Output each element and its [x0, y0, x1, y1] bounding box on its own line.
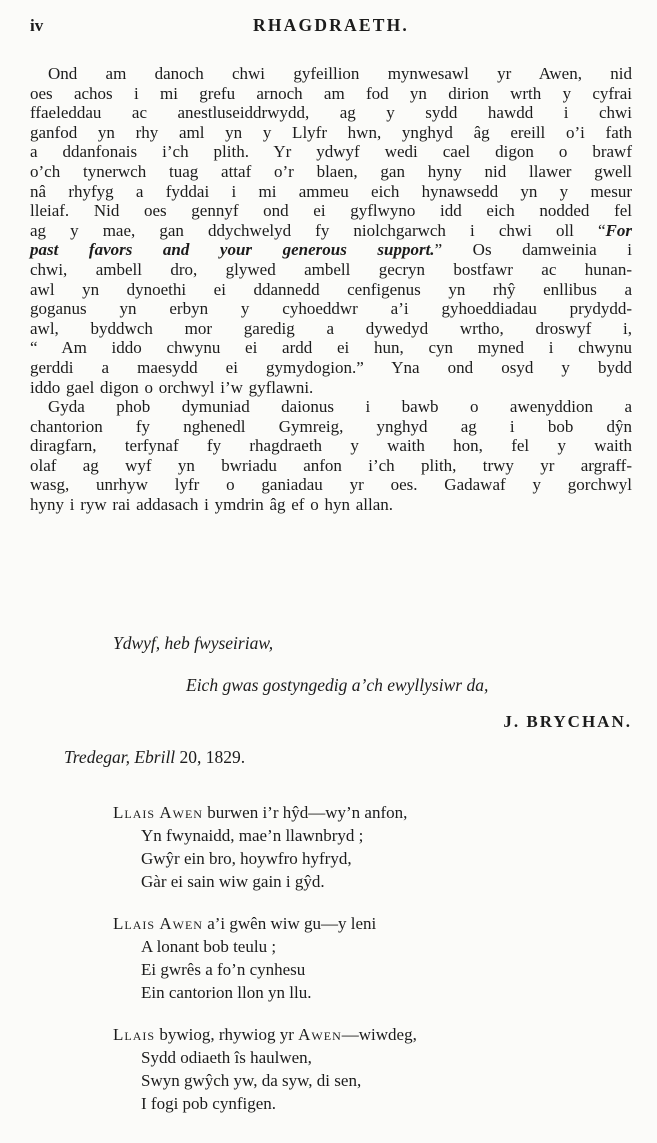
stanza-1: Llais Awen burwen i’r hŷd—wy’n anfon,Yn …: [113, 801, 632, 893]
text-segment: Ydwyf, heb fwyseiriaw,: [113, 633, 273, 653]
text-segment: oes achos i mi grefu arnoch am fod yn di…: [30, 84, 632, 103]
text-line: nâ rhyfyg a fyddai i mi ammeu eich hynaw…: [30, 182, 632, 202]
text-line: lleiaf. Nid oes gennyf ond ei gyflwyno i…: [30, 201, 632, 221]
text-line: Llais Awen burwen i’r hŷd—wy’n anfon,: [113, 801, 632, 824]
text-segment: goganus yn erbyn y cyhoeddwr a’i gyhoedd…: [30, 299, 632, 318]
text-line: diragfarn, terfynaf fy rhagdraeth y wait…: [30, 436, 632, 456]
text-line: gerddi a maesydd ei gymydogion.” Yna ond…: [30, 358, 632, 378]
text-segment: ganfod yn rhy aml yn y Llyfr hwn, ynghyd…: [30, 123, 632, 142]
text-line: iddo gael digon o orchwyl i’w gyflawni.: [30, 378, 632, 398]
book-page: iv RHAGDRAETH. Ond am danoch chwi gyfeil…: [0, 0, 657, 1143]
text-segment: Gàr ei sain wiw gain i gŷd.: [141, 872, 325, 891]
text-line: awl yn dynoethi ei ddannedd cenfigenus y…: [30, 280, 632, 300]
text-line: Gàr ei sain wiw gain i gŷd.: [141, 870, 632, 893]
text-line: ffaeleddau ac anestluseiddrwydd, ag y sy…: [30, 103, 632, 123]
text-segment: Ei gwrês a fo’n cynhesu: [141, 960, 305, 979]
preface-paragraph-1: Ond am danoch chwi gyfeillion mynwesawl …: [30, 64, 632, 397]
text-line: Gwŷr ein bro, hoywfro hyfryd,: [141, 847, 632, 870]
text-segment: iddo gael digon o orchwyl i’w gyflawni.: [30, 378, 313, 397]
text-line: Ydwyf, heb fwyseiriaw,: [113, 633, 632, 653]
preface-paragraph-2: Gyda phob dymuniad daionus i bawb o awen…: [30, 397, 632, 515]
text-line: hyny i ryw rai addasach i ymdrin âg ef o…: [30, 495, 632, 515]
text-segment: Ein cantorion llon yn llu.: [141, 983, 311, 1002]
text-line: Ein cantorion llon yn llu.: [141, 981, 632, 1004]
text-segment: burwen i’r hŷd—wy’n anfon,: [203, 803, 407, 822]
text-segment: past favors and your generous support.: [30, 240, 435, 259]
text-line: Ond am danoch chwi gyfeillion mynwesawl …: [30, 64, 632, 84]
text-line: ganfod yn rhy aml yn y Llyfr hwn, ynghyd…: [30, 123, 632, 143]
text-line: Ei gwrês a fo’n cynhesu: [141, 958, 632, 981]
signature-block: Ydwyf, heb fwyseiriaw,Eich gwas gostynge…: [30, 633, 632, 767]
text-line: Sydd odiaeth îs haulwen,: [141, 1046, 632, 1069]
text-line: Llais Awen a’i gwên wiw gu—y leni: [113, 912, 632, 935]
text-line: a ddanfonais i’ch plith. Yr ydwyf wedi c…: [30, 142, 632, 162]
text-segment: diragfarn, terfynaf fy rhagdraeth y wait…: [30, 436, 632, 455]
text-line: ag y mae, gan ddychwelyd fy niolchgarwch…: [30, 221, 632, 241]
text-segment: a ddanfonais i’ch plith. Yr ydwyf wedi c…: [30, 142, 632, 161]
text-segment: ” Os damweinia i: [435, 240, 632, 259]
text-line: “ Am iddo chwynu ei ardd ei hun, cyn myn…: [30, 338, 632, 358]
text-segment: For: [606, 221, 632, 240]
text-segment: lleiaf. Nid oes gennyf ond ei gyflwyno i…: [30, 201, 632, 220]
text-segment: chantorion fy nghenedl Gymreig, ynghyd a…: [30, 417, 632, 436]
text-segment: awl, byddwch mor garedig a dywedyd wrtho…: [30, 319, 632, 338]
text-line: A lonant bob teulu ;: [141, 935, 632, 958]
englyn-verses: Llais Awen burwen i’r hŷd—wy’n anfon,Yn …: [30, 801, 632, 1115]
page-title: RHAGDRAETH.: [253, 14, 409, 36]
text-line: goganus yn erbyn y cyhoeddwr a’i gyhoedd…: [30, 299, 632, 319]
text-segment: —wiwdeg,: [342, 1025, 417, 1044]
text-segment: 20, 1829.: [180, 747, 246, 767]
text-segment: A lonant bob teulu ;: [141, 937, 276, 956]
text-segment: hyny i ryw rai addasach i ymdrin âg ef o…: [30, 495, 393, 514]
text-line: Eich gwas gostyngedig a’ch ewyllysiwr da…: [186, 675, 632, 695]
text-segment: Llais Awen: [113, 914, 203, 933]
text-line: chantorion fy nghenedl Gymreig, ynghyd a…: [30, 417, 632, 437]
text-segment: wasg, unrhyw lyfr o ganiadau yr oes. Gad…: [30, 475, 632, 494]
text-line: olaf ag wyf yn bwriadu anfon i’ch plith,…: [30, 456, 632, 476]
page-number: iv: [30, 15, 43, 37]
text-segment: Llais Awen: [113, 803, 203, 822]
text-line: awl, byddwch mor garedig a dywedyd wrtho…: [30, 319, 632, 339]
text-segment: Llais: [113, 1025, 155, 1044]
text-line: J. BRYCHAN.: [30, 712, 632, 732]
text-segment: Sydd odiaeth îs haulwen,: [141, 1048, 312, 1067]
text-segment: Awen: [298, 1025, 342, 1044]
text-segment: o’ch tynerwch tuag attaf o’r blaen, gan …: [30, 162, 632, 181]
text-segment: Gyda phob dymuniad daionus i bawb o awen…: [48, 397, 632, 416]
text-segment: J. BRYCHAN.: [503, 712, 632, 731]
text-line: o’ch tynerwch tuag attaf o’r blaen, gan …: [30, 162, 632, 182]
text-segment: nâ rhyfyg a fyddai i mi ammeu eich hynaw…: [30, 182, 632, 201]
text-segment: Eich gwas gostyngedig a’ch ewyllysiwr da…: [186, 675, 488, 695]
text-segment: gerddi a maesydd ei gymydogion.” Yna ond…: [30, 358, 632, 377]
text-segment: I fogi pob cynfigen.: [141, 1094, 276, 1113]
text-segment: a’i gwên wiw gu—y leni: [203, 914, 376, 933]
text-segment: Swyn gwŷch yw, da syw, di sen,: [141, 1071, 361, 1090]
text-segment: bywiog, rhywiog yr: [155, 1025, 298, 1044]
text-segment: ag y mae, gan ddychwelyd fy niolchgarwch…: [30, 221, 606, 240]
text-line: I fogi pob cynfigen.: [141, 1092, 632, 1115]
text-line: Gyda phob dymuniad daionus i bawb o awen…: [30, 397, 632, 417]
text-segment: Tredegar, Ebrill: [64, 747, 180, 767]
text-segment: “ Am iddo chwynu ei ardd ei hun, cyn myn…: [30, 338, 632, 357]
text-segment: chwi, ambell dro, glywed ambell gecryn b…: [30, 260, 632, 279]
stanza-3: Llais bywiog, rhywiog yr Awen—wiwdeg,Syd…: [113, 1023, 632, 1115]
text-line: Yn fwynaidd, mae’n llawnbryd ;: [141, 824, 632, 847]
stanza-2: Llais Awen a’i gwên wiw gu—y leniA lonan…: [113, 912, 632, 1004]
text-segment: awl yn dynoethi ei ddannedd cenfigenus y…: [30, 280, 632, 299]
text-line: past favors and your generous support.” …: [30, 240, 632, 260]
text-segment: olaf ag wyf yn bwriadu anfon i’ch plith,…: [30, 456, 632, 475]
text-segment: ffaeleddau ac anestluseiddrwydd, ag y sy…: [30, 103, 632, 122]
text-line: Swyn gwŷch yw, da syw, di sen,: [141, 1069, 632, 1092]
text-line: chwi, ambell dro, glywed ambell gecryn b…: [30, 260, 632, 280]
text-segment: Yn fwynaidd, mae’n llawnbryd ;: [141, 826, 363, 845]
text-line: oes achos i mi grefu arnoch am fod yn di…: [30, 84, 632, 104]
text-line: wasg, unrhyw lyfr o ganiadau yr oes. Gad…: [30, 475, 632, 495]
text-segment: Gwŷr ein bro, hoywfro hyfryd,: [141, 849, 352, 868]
text-segment: Ond am danoch chwi gyfeillion mynwesawl …: [48, 64, 632, 83]
text-line: Tredegar, Ebrill 20, 1829.: [64, 747, 632, 767]
page-header: iv RHAGDRAETH.: [30, 14, 632, 37]
text-line: Llais bywiog, rhywiog yr Awen—wiwdeg,: [113, 1023, 632, 1046]
